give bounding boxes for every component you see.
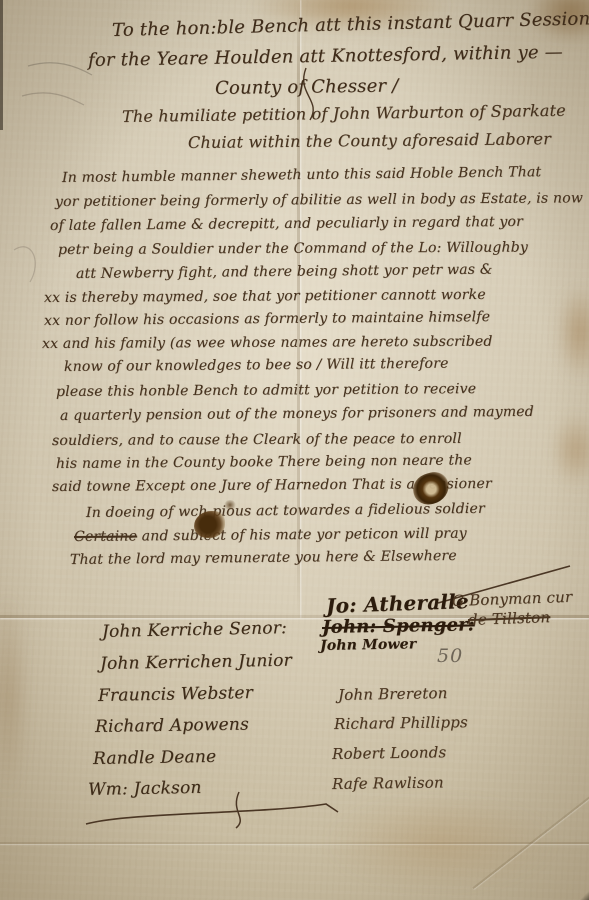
attestation-line-2: de Tillston	[468, 608, 551, 629]
body-line: In doeing of wch pious act towardes a fi…	[86, 501, 485, 521]
witness-signature: John: Spenger:	[322, 614, 475, 638]
petition-title-line-2: Chuiat within the County aforesaid Labor…	[188, 129, 551, 152]
body-line: of late fallen Lame & decrepitt, and pec…	[50, 214, 523, 234]
signature-right: Robert Loonds	[332, 743, 447, 763]
signature-left: John Kerrichen Junior	[100, 651, 292, 674]
signature-right: Rafe Rawlison	[332, 773, 444, 793]
witness-signature: Jo: Atheralle	[326, 589, 470, 618]
paper-stain-left	[0, 590, 30, 800]
petition-title-line-1: The humiliate petition of John Warburton…	[122, 101, 566, 126]
signature-right: John Brereton	[338, 684, 448, 704]
attestation-line-1: G Bonyman cur	[452, 588, 573, 610]
heading-line-2: for the Yeare Houlden att Knottesford, w…	[88, 42, 563, 71]
heading-line-1: To the hon:ble Bench att this instant Qu…	[112, 8, 589, 41]
signature-left: Richard Apowens	[95, 715, 249, 737]
body-line: his name in the County booke There being…	[56, 452, 472, 472]
body-line: In most humble manner sheweth unto this …	[62, 164, 541, 186]
witness-signature: John Mower	[320, 636, 417, 654]
paper-stain-right-1	[556, 285, 589, 380]
paper-corner-tear	[577, 888, 589, 900]
paper-stain-bottom	[325, 795, 555, 890]
body-line: souldiers, and to cause the Cleark of th…	[52, 431, 462, 449]
signature-underline-flourish	[86, 804, 338, 824]
pencil-squiggle-3	[14, 247, 35, 282]
body-line: please this honble Bench to admitt yor p…	[56, 381, 476, 400]
jackson-swash	[236, 792, 240, 828]
pencil-squiggle-1	[28, 63, 92, 75]
paper-edge-shadow	[0, 0, 3, 130]
signature-left: Randle Deane	[93, 747, 217, 769]
signature-left: John Kerriche Senor:	[102, 618, 287, 642]
body-line: know of our knowledges to bee so / Will …	[64, 356, 449, 375]
signature-right: Richard Phillipps	[334, 713, 468, 733]
body-line-rest: and subiect of his mate yor peticon will…	[137, 526, 467, 545]
pencil-squiggle-2	[22, 93, 84, 105]
manuscript-page: To the hon:ble Bench att this instant Qu…	[0, 0, 589, 900]
body-line: xx is thereby maymed, soe that yor petit…	[44, 287, 486, 306]
body-line: That the lord may remunerate you here & …	[70, 548, 457, 568]
body-line: xx and his family (as wee whose names ar…	[42, 334, 493, 352]
body-line: yor petitioner being formerly of abiliti…	[55, 190, 583, 210]
body-line: petr being a Souldier under the Command …	[58, 240, 528, 258]
body-line: att Newberry fight, and there being shot…	[76, 262, 493, 282]
fold-crease-diagonal	[472, 783, 589, 889]
heading-line-3: County of Chesser /	[215, 75, 399, 99]
fold-crease-horizontal-2	[0, 842, 589, 844]
body-line: xx nor follow his occasions as formerly …	[44, 309, 490, 329]
signature-left: Frauncis Webster	[98, 683, 253, 706]
signature-left: Wm: Jackson	[88, 778, 202, 800]
body-line: said towne Except one Jure of Harnedon T…	[52, 476, 492, 495]
body-line: a quarterly pension out of the moneys fo…	[60, 404, 534, 424]
struck-word: Certaine	[74, 528, 137, 545]
paper-stain-right-2	[550, 412, 589, 487]
pencil-annotation: 50	[437, 645, 463, 667]
body-line-with-strikeout: Certaine and subiect of his mate yor pet…	[74, 526, 467, 545]
